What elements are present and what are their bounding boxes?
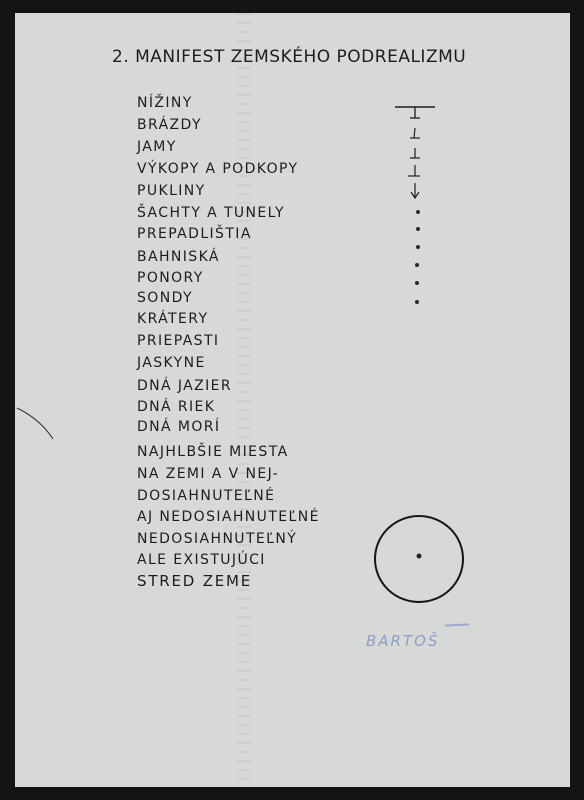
- manifest-line: DNÁ MORÍ: [137, 419, 220, 435]
- manifest-line: VÝKOPY A PODKOPY: [137, 161, 299, 177]
- manifest-line: NAJHLBŠIE MIESTA: [137, 444, 289, 460]
- descent-symbols-icon: [390, 100, 440, 310]
- manifest-line: PONORY: [137, 270, 204, 286]
- manifest-line: BAHNISKÁ: [137, 249, 220, 265]
- manifest-line: AJ NEDOSIAHNUTEĽNÉ: [137, 509, 320, 525]
- manifest-line: KRÁTERY: [137, 311, 208, 327]
- manifest-line: PREPADLIŠTIA: [137, 226, 252, 242]
- dot-icon: [416, 210, 420, 214]
- manifest-line: BRÁZDY: [137, 117, 202, 133]
- manifest-line: DOSIAHNUTEĽNÉ: [137, 488, 275, 504]
- manifest-line: PUKLINY: [137, 183, 206, 199]
- manifest-line: NEDOSIAHNUTEĽNÝ: [137, 531, 297, 547]
- margin-pen-stroke: [15, 405, 60, 445]
- manifest-line: DNÁ JAZIER: [137, 378, 232, 394]
- manifest-line: STRED ZEME: [137, 572, 252, 590]
- manifest-line: JAMY: [137, 139, 177, 155]
- pencil-signature: BARTOŠ: [366, 632, 439, 650]
- manifest-line: JASKYNE: [137, 355, 206, 371]
- manifest-line: ŠACHTY A TUNELY: [137, 205, 285, 221]
- earth-center-circle-icon: [370, 513, 470, 609]
- dot-icon: [415, 263, 419, 267]
- dot-icon: [416, 245, 420, 249]
- page-fold-crease: [237, 13, 251, 787]
- page-title: 2. MANIFEST ZEMSKÉHO PODREALIZMU: [112, 47, 466, 67]
- manifest-line: SONDY: [137, 290, 193, 306]
- manifest-line: NA ZEMI A V NEJ-: [137, 466, 279, 482]
- manifest-line: NÍŽINY: [137, 95, 193, 111]
- dot-icon: [416, 227, 420, 231]
- manuscript-page: [15, 13, 570, 787]
- manifest-line: ALE EXISTUJÚCI: [137, 552, 266, 568]
- dot-icon: [415, 281, 419, 285]
- manifest-line: PRIEPASTI: [137, 333, 219, 349]
- dot-icon: [415, 300, 419, 304]
- manifest-line: DNÁ RIEK: [137, 399, 215, 415]
